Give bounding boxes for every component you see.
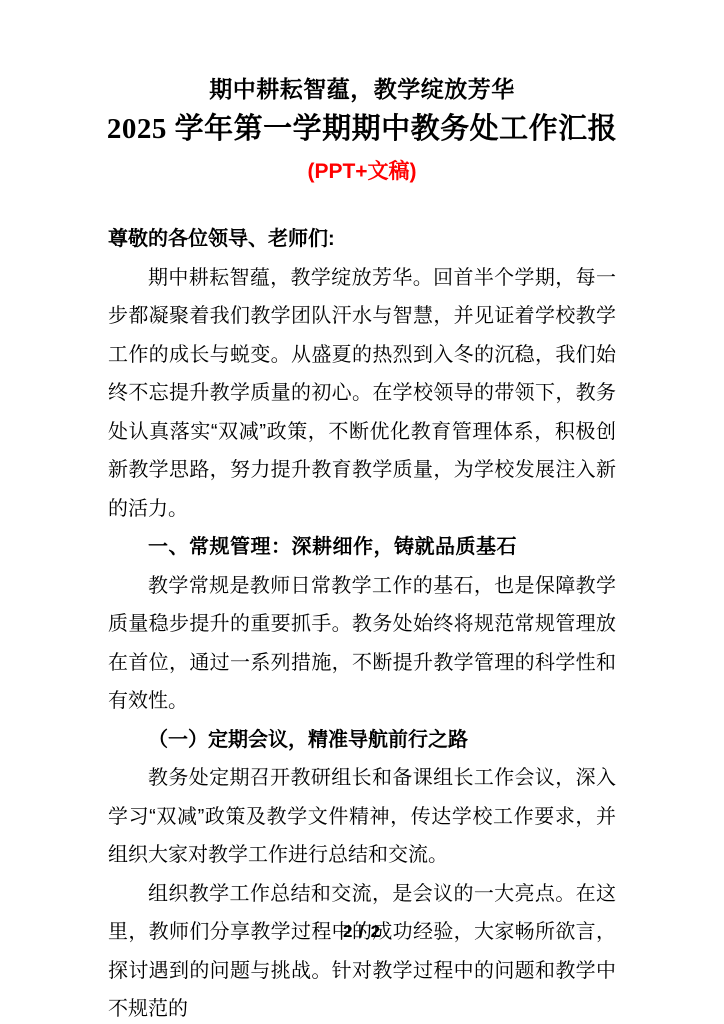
document-title-line-1: 期中耕耘智蕴，教学绽放芳华 xyxy=(0,72,724,106)
document-subtitle-red: (PPT+文稿) xyxy=(0,153,724,190)
document-title-line-2: 2025 学年第一学期期中教务处工作汇报 xyxy=(0,106,724,153)
document-body: 尊敬的各位领导、老师们: 期中耕耘智蕴，教学绽放芳华。回首半个学期，每一步都凝聚… xyxy=(108,220,616,1024)
salutation: 尊敬的各位领导、老师们: xyxy=(108,220,616,259)
subsection-heading-1: （一）定期会议，精准导航前行之路 xyxy=(108,721,616,760)
body-paragraph-1: 期中耕耘智蕴，教学绽放芳华。回首半个学期，每一步都凝聚着我们教学团队汗水与智慧，… xyxy=(108,259,616,529)
body-paragraph-2: 教学常规是教师日常教学工作的基石，也是保障教学质量稳步提升的重要抓手。教务处始终… xyxy=(108,567,616,721)
body-paragraph-4: 组织教学工作总结和交流，是会议的一大亮点。在这里，教师们分享教学过程中的成功经验… xyxy=(108,875,616,1024)
page-number: 2 / 2 xyxy=(0,920,724,944)
body-paragraph-3: 教务处定期召开教研组长和备课组长工作会议，深入学习“双减”政策及教学文件精神，传… xyxy=(108,759,616,875)
section-heading-1: 一、常规管理：深耕细作，铸就品质基石 xyxy=(108,528,616,567)
document-page: 期中耕耘智蕴，教学绽放芳华 2025 学年第一学期期中教务处工作汇报 (PPT+… xyxy=(0,0,724,1024)
document-header: 期中耕耘智蕴，教学绽放芳华 2025 学年第一学期期中教务处工作汇报 (PPT+… xyxy=(0,72,724,190)
